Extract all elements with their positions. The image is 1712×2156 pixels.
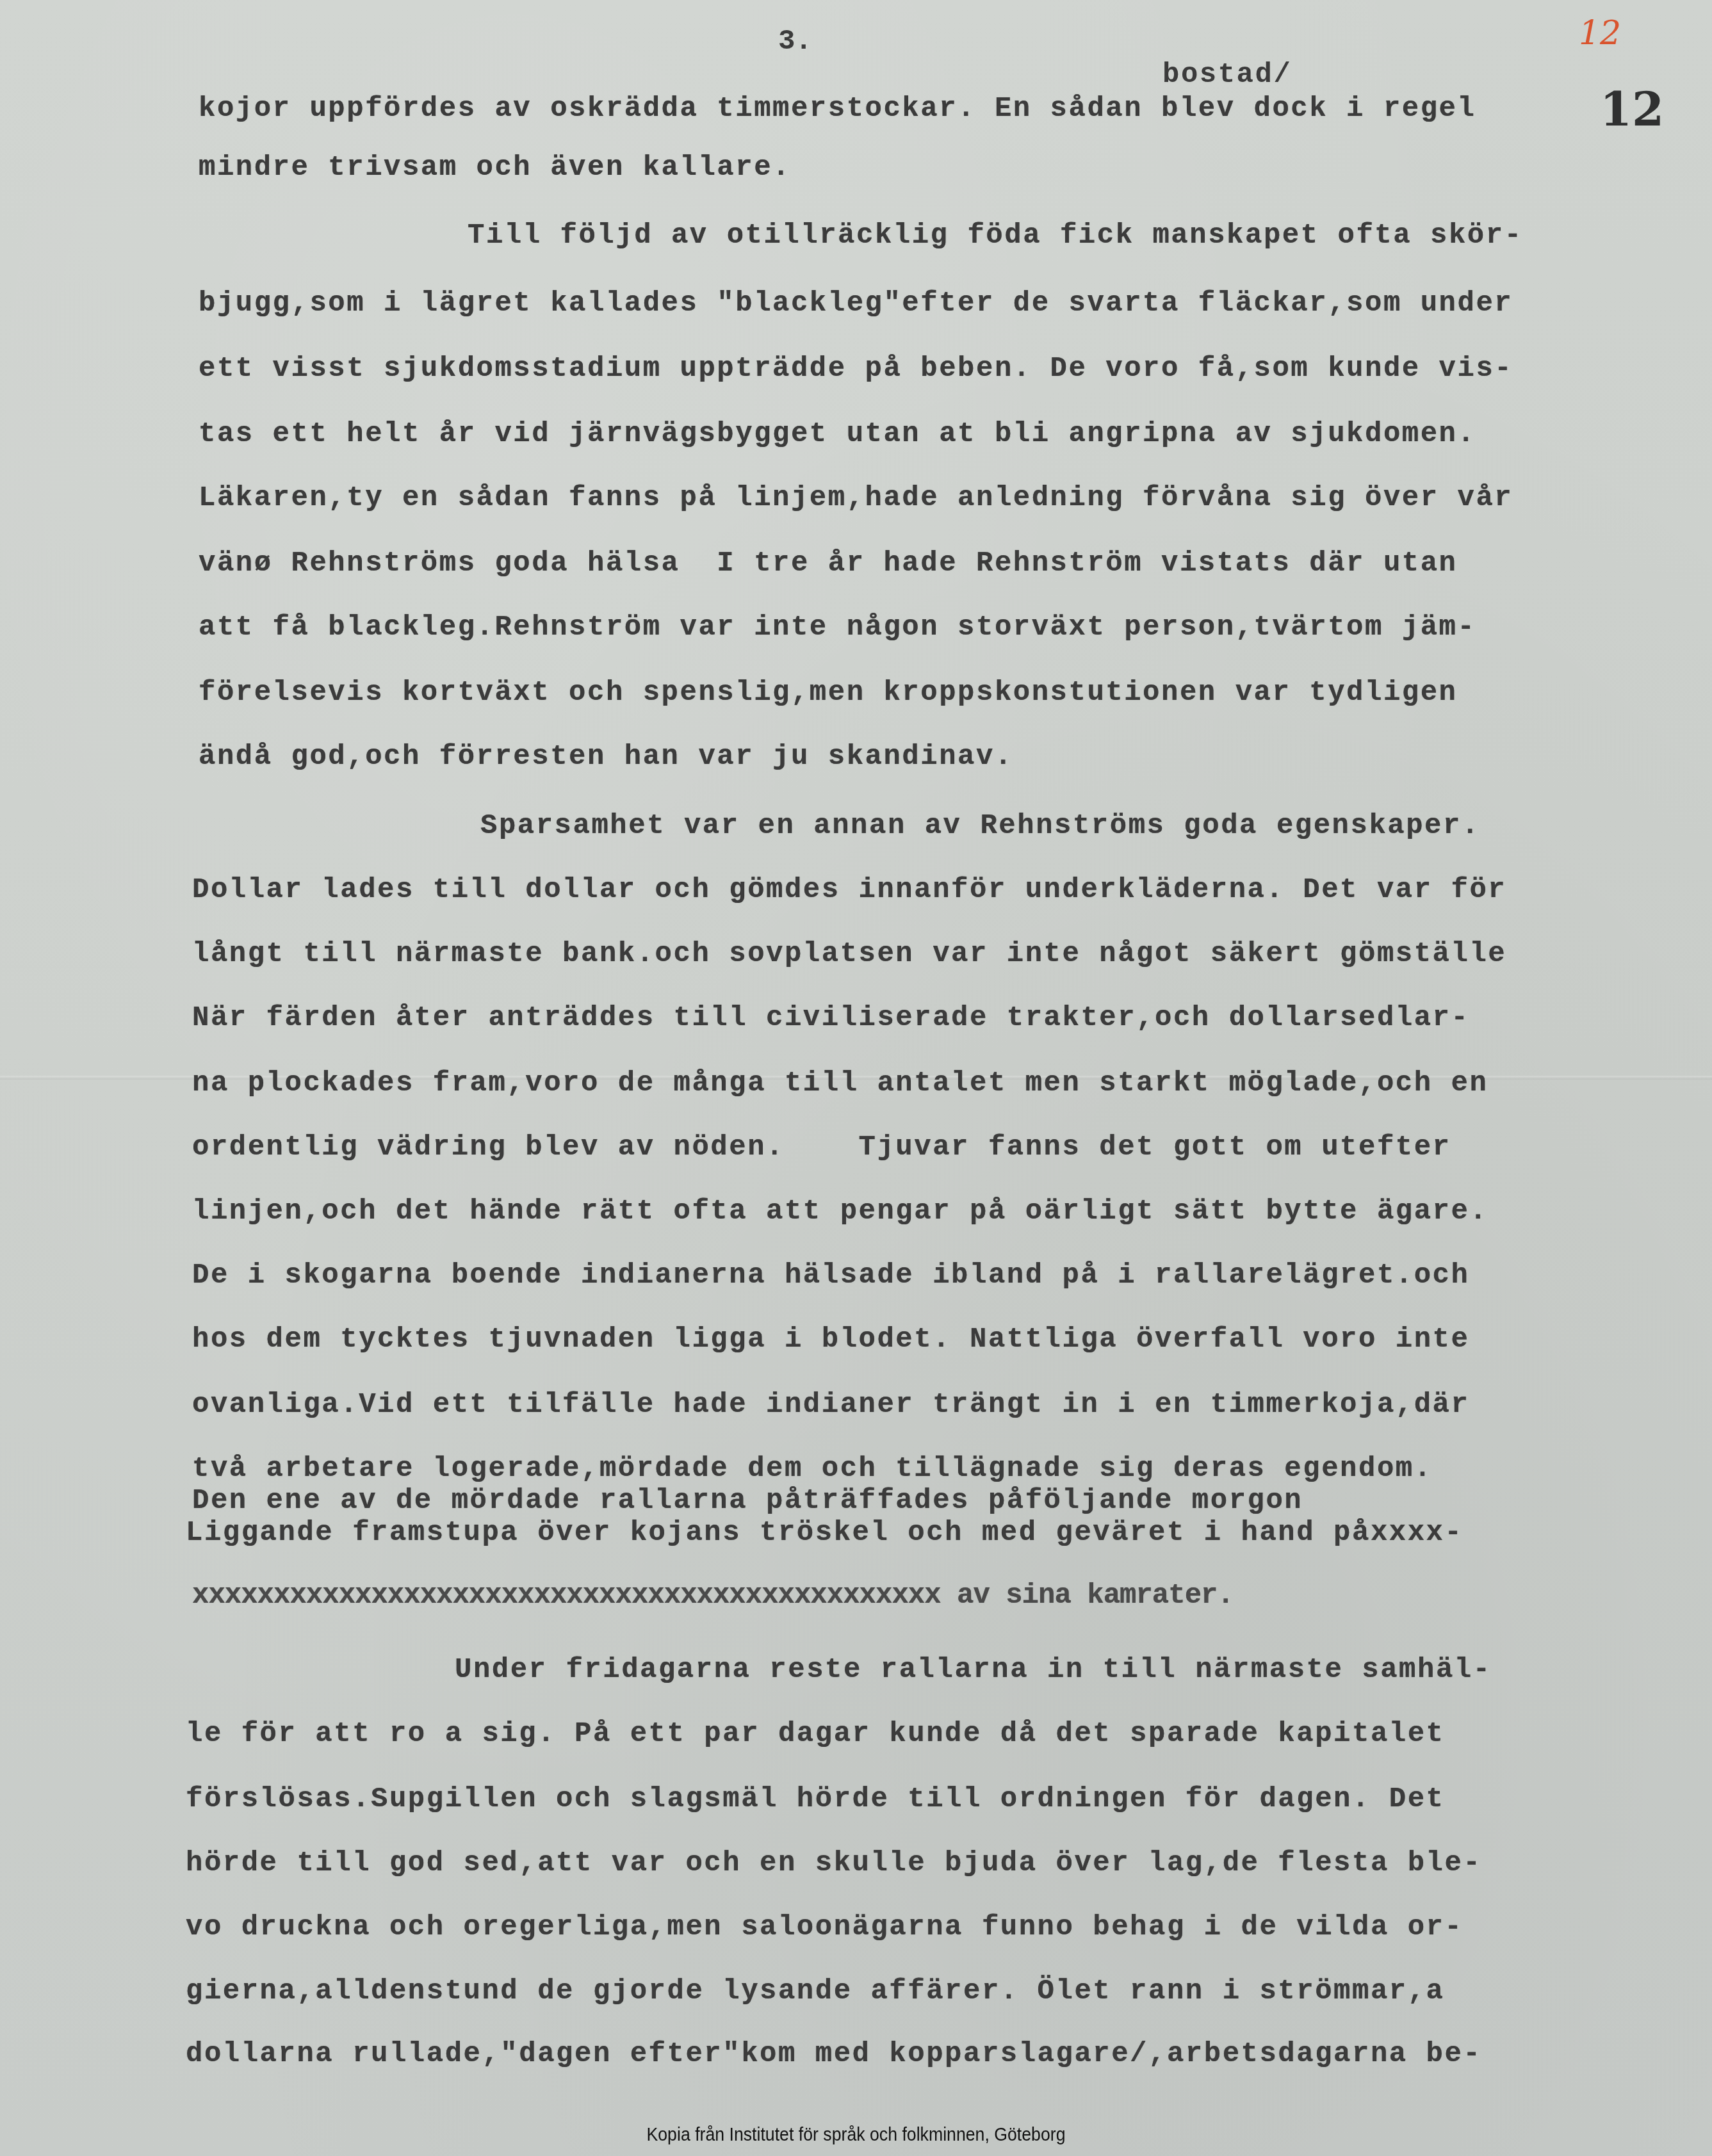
text-line: ett visst sjukdomsstadium uppträdde på b… [199,351,1513,387]
text-line: ordentlig vädring blev av nöden. Tjuvar … [192,1130,1451,1165]
text-line: hörde till god sed,att var och en skulle… [186,1845,1481,1881]
text-line: Liggande framstupa över kojans tröskel o… [186,1515,1463,1551]
text-line: förelsevis kortväxt och spenslig,men kro… [199,675,1458,711]
handwritten-page-number: 12 [1579,14,1621,53]
typed-page-number: 3. [778,26,812,58]
text-line: tas ett helt år vid järnvägsbygget utan … [199,416,1476,452]
text-line: vo druckna och oregerliga,men saloonägar… [186,1909,1463,1945]
text-line: dollarna rullade,"dagen efter"kom med ko… [186,2036,1481,2072]
paragraph-start-line: Sparsamhet var en annan av Rehnströms go… [480,808,1480,844]
text-line: bjugg,som i lägret kallades "blackleg"ef… [199,286,1513,321]
text-line: kojor uppfördes av oskrädda timmerstocka… [199,91,1476,127]
text-line: vänø Rehnströms goda hälsa I tre år hade… [199,546,1458,581]
text-line: långt till närmaste bank.och sovplatsen … [192,936,1506,972]
text-line: mindre trivsam och även kallare. [199,150,791,186]
text-line: le för att ro a sig. På ett par dagar ku… [186,1716,1445,1752]
text-line: De i skogarna boende indianerna hälsade … [192,1258,1469,1293]
paragraph-start-line: Till följd av otillräcklig föda fick man… [468,218,1523,254]
text-line: ovanliga.Vid ett tilfälle hade indianer … [192,1387,1469,1423]
text-line: att få blackleg.Rehnström var inte någon… [199,610,1476,645]
text-line: linjen,och det hände rätt ofta att penga… [192,1194,1488,1229]
text-line: två arbetare logerade,mördade dem och ti… [192,1451,1433,1487]
text-line: förslösas.Supgillen och slagsmäl hörde t… [186,1781,1445,1817]
text-line: gierna,alldenstund de gjorde lysande aff… [186,1974,1445,2009]
stamped-page-number: 12 [1600,82,1664,136]
paragraph-start-line: Under fridagarna reste rallarna in till … [455,1652,1492,1688]
text-line: Läkaren,ty en sådan fanns på linjem,hade… [199,480,1513,516]
struck-out-line: xxxxxxxxxxxxxxxxxxxxxxxxxxxxxxxxxxxxxxxx… [192,1578,1234,1614]
text-line: na plockades fram,voro de många till ant… [192,1066,1488,1101]
interlinear-insertion: bostad/ [1162,59,1292,91]
text-line: När färden åter anträddes till civiliser… [192,1000,1469,1036]
text-line: hos dem tycktes tjuvnaden ligga i blodet… [192,1322,1469,1358]
text-line: ändå god,och förresten han var ju skandi… [199,739,1013,775]
archive-footer: Kopia från Institutet för språk och folk… [69,2125,1643,2146]
text-line: Dollar lades till dollar och gömdes inna… [192,872,1506,908]
overtyped-line: Den ene av de mördade rallarna påträffad… [192,1483,1303,1519]
